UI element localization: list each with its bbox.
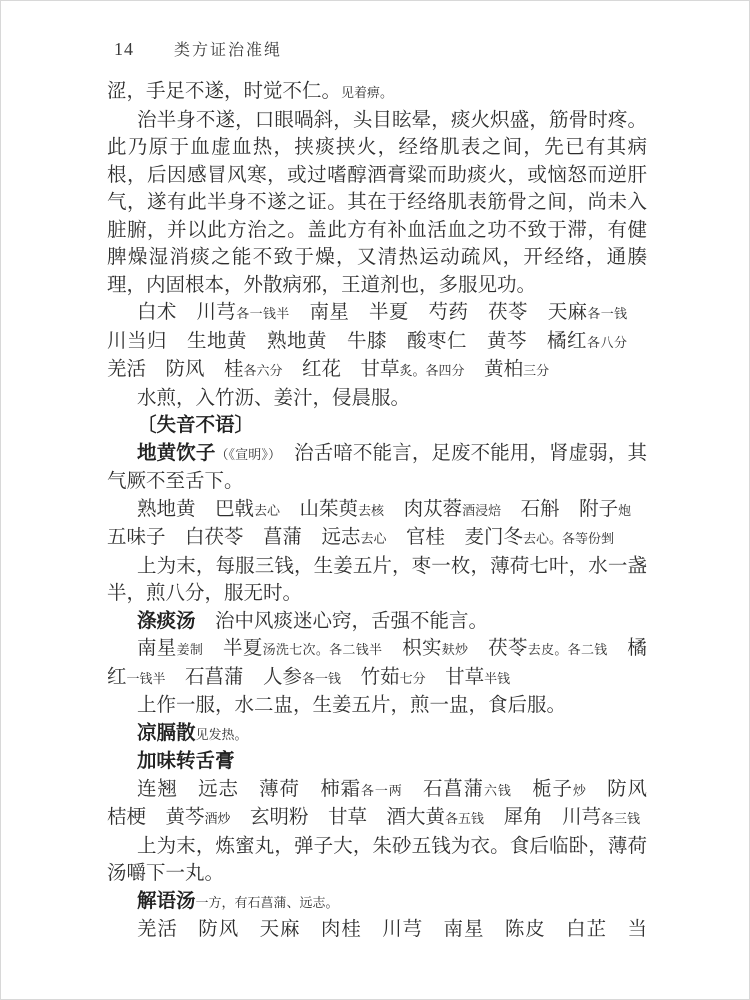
- herb-names: 石斛 附子: [501, 499, 618, 520]
- section-heading-text: 〔失音不语〕: [137, 414, 254, 436]
- herb-names: 竹茹: [341, 667, 400, 688]
- herb-names: 枳实: [382, 638, 441, 659]
- dosage-annotation: 炙。各四分: [400, 363, 465, 378]
- dosage-annotation: 三分: [523, 363, 549, 378]
- dosage-annotation: 汤洗七次。各二钱半: [263, 642, 383, 657]
- dosage-annotation: 各八分: [587, 335, 628, 350]
- paragraph-ingredients: 白术 川芎各一钱半 南星 半夏 芍药 茯苓 天麻各一钱 川当归 生地黄 熟地黄 …: [107, 299, 647, 385]
- dosage-annotation: 各一钱半: [236, 306, 289, 321]
- running-title: 类方证治准绳: [174, 37, 282, 60]
- formula-name: 加味转舌膏: [137, 750, 235, 772]
- source-annotation: （《宣明》）: [215, 447, 274, 462]
- text-run: 上为末，每服三钱，生姜五片，枣一枚，薄荷七叶，水一盏半，煎八分，服无时。: [107, 556, 647, 605]
- dosage-annotation: 去心: [361, 531, 387, 546]
- dosage-annotation: 七分: [400, 671, 426, 686]
- page-header: 14 类方证治准绳: [114, 37, 282, 60]
- dosage-annotation: 去皮。各二钱: [528, 642, 608, 657]
- dosage-annotation: 去心。各等份剉: [523, 531, 614, 546]
- herb-names: 石菖蒲: [403, 779, 484, 800]
- herb-names: 红花 甘草: [283, 359, 400, 380]
- herb-names: 茯苓: [468, 638, 527, 659]
- dosage-annotation: 姜制: [177, 642, 204, 657]
- formula-name: 地黄饮子: [137, 442, 215, 464]
- formula-name: 解语汤: [137, 890, 196, 912]
- reference-annotation: 见着痹。: [341, 85, 393, 100]
- herb-names: 半夏: [203, 638, 262, 659]
- dosage-annotation: 各五钱: [445, 811, 484, 826]
- herb-names: 肉苁蓉: [384, 499, 462, 520]
- formula-name: 凉膈散: [137, 722, 196, 744]
- paragraph-ingredients: 熟地黄 巴戟去心 山茱萸去核 肉苁蓉酒浸焙 石斛 附子炮 五味子 白茯苓 菖蒲 …: [107, 496, 647, 553]
- dosage-annotation: 麸炒: [442, 642, 469, 657]
- formula-name: 涤痰汤: [137, 610, 196, 632]
- dosage-annotation: 炮: [618, 503, 631, 518]
- herb-names: 栀子: [512, 779, 573, 800]
- paragraph-continuation: 涩，手足不遂，时觉不仁。见着痹。: [107, 78, 647, 107]
- paragraph-preparation: 上作一服，水二盅，生姜五片，煎一盅，食后服。: [107, 692, 647, 720]
- paragraph-preparation: 水煎，入竹沥、姜汁，侵晨服。: [107, 385, 647, 413]
- dosage-annotation: 各一钱: [302, 671, 341, 686]
- text-run: 治半身不遂，口眼喎斜，头目眩晕，痰火炽盛，筋骨时疼。此乃原于血虚血热，挟痰挟火，…: [107, 110, 647, 296]
- dosage-annotation: 各一钱: [587, 306, 627, 321]
- paragraph-preparation: 上为末，炼蜜丸，弹子大，朱砂五钱为衣。食后临卧，薄荷汤嚼下一丸。: [107, 833, 647, 888]
- herb-names: 黄柏: [465, 359, 524, 380]
- page-number: 14: [114, 39, 134, 60]
- dosage-annotation: 一钱半: [127, 671, 166, 686]
- text-run: 上作一服，水二盅，生姜五片，煎一盅，食后服。: [137, 695, 566, 716]
- herb-names: 连翘 远志 薄荷 柿霜: [137, 779, 361, 800]
- dosage-annotation: 六钱: [484, 783, 512, 798]
- herb-names: 犀角 川芎: [484, 807, 601, 828]
- paragraph-indication: 治半身不遂，口眼喎斜，头目眩晕，痰火炽盛，筋骨时疼。此乃原于血虚血热，挟痰挟火，…: [107, 107, 647, 300]
- reference-annotation: 见发热。: [196, 727, 248, 742]
- herb-names: 熟地黄 巴戟: [137, 499, 254, 520]
- herb-names: 白术 川芎: [137, 302, 236, 323]
- dosage-annotation: 炒: [573, 783, 587, 798]
- dosage-annotation: 去核: [358, 503, 384, 518]
- text-run: 上为末，炼蜜丸，弹子大，朱砂五钱为衣。食后临卧，薄荷汤嚼下一丸。: [107, 836, 647, 885]
- herb-names: 玄明粉 甘草 酒大黄: [231, 807, 446, 828]
- text-run: 涩，手足不遂，时觉不仁。: [107, 81, 341, 102]
- dosage-annotation: 去心: [254, 503, 280, 518]
- paragraph-formula: 涤痰汤 治中风痰迷心窍，舌强不能言。: [107, 608, 647, 636]
- dosage-annotation: 酒浸焙: [462, 503, 501, 518]
- herb-names: 官桂 麦门冬: [387, 527, 524, 548]
- herb-names: 羌活 防风 天麻 肉桂 川芎 南星 陈皮 白芷 当: [137, 919, 647, 940]
- text-run: 水煎，入竹沥、姜汁，侵晨服。: [137, 388, 410, 409]
- herb-names: 南星: [137, 638, 177, 659]
- text-run: 治中风痰迷心窍，舌强不能言。: [196, 611, 489, 632]
- section-heading: 〔失音不语〕: [107, 412, 647, 440]
- paragraph-ingredients: 羌活 防风 天麻 肉桂 川芎 南星 陈皮 白芷 当: [107, 916, 647, 944]
- dosage-annotation: 各一两: [361, 783, 403, 798]
- herb-names: 南星 半夏 芍药 茯苓 天麻: [290, 302, 588, 323]
- herb-names: 甘草: [426, 667, 485, 688]
- dosage-annotation: 各三钱: [601, 811, 640, 826]
- paragraph-preparation: 上为末，每服三钱，生姜五片，枣一枚，薄荷七叶，水一盏半，煎八分，服无时。: [107, 553, 647, 608]
- page-body: 涩，手足不遂，时觉不仁。见着痹。 治半身不遂，口眼喎斜，头目眩晕，痰火炽盛，筋骨…: [107, 78, 647, 944]
- variant-annotation: 一方，有石菖蒲、远志。: [196, 895, 339, 910]
- dosage-annotation: 半钱: [484, 671, 510, 686]
- paragraph-formula: 地黄饮子（《宣明》） 治舌喑不能言，足废不能用，肾虚弱，其气厥不至舌下。: [107, 440, 647, 496]
- paragraph-formula: 加味转舌膏: [107, 748, 647, 776]
- herb-names: 山茱萸: [280, 499, 358, 520]
- paragraph-formula: 凉膈散见发热。: [107, 720, 647, 749]
- dosage-annotation: 酒炒: [205, 811, 231, 826]
- herb-names: 石菖蒲 人参: [166, 667, 303, 688]
- paragraph-ingredients: 南星姜制 半夏汤洗七次。各二钱半 枳实麸炒 茯苓去皮。各二钱 橘红一钱半 石菖蒲…: [107, 635, 647, 692]
- paragraph-formula: 解语汤一方，有石菖蒲、远志。: [107, 888, 647, 917]
- dosage-annotation: 各六分: [244, 363, 283, 378]
- book-page: 14 类方证治准绳 涩，手足不遂，时觉不仁。见着痹。 治半身不遂，口眼喎斜，头目…: [0, 0, 750, 1000]
- paragraph-ingredients: 连翘 远志 薄荷 柿霜各一两 石菖蒲六钱 栀子炒 防风 桔梗 黄芩酒炒 玄明粉 …: [107, 776, 647, 833]
